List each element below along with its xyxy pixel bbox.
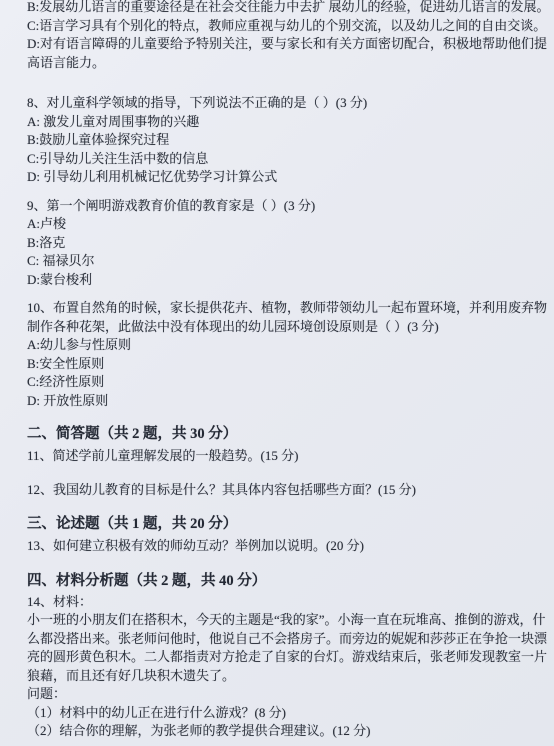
question-10-stem: 10、布置自然角的时候，家长提供花卉、植物，教师带领幼儿一起布置环境，并利用废弃… — [27, 299, 551, 336]
question-7-option-c: C:语言学习具有个别化的特点，教师应重视与幼儿的个别交流，以及幼儿之间的自由交谈… — [27, 17, 551, 36]
question-14-sub-question-1: （1）材料中的幼儿正在进行什么游戏？(8 分) — [27, 704, 551, 723]
question-14-questions-label: 问题： — [27, 685, 551, 704]
question-8-block: 8、对儿童科学领域的指导，下列说法不正确的是（ ）(3 分) A: 激发儿童对周… — [27, 94, 551, 187]
section-4-heading: 四、材料分析题（共 2 题，共 40 分） — [27, 571, 551, 591]
question-9-option-c: C: 福禄贝尔 — [27, 252, 551, 271]
question-14-material: 小一班的小朋友们在搭积木，今天的主题是“我的家”。小海一直在玩堆高、推倒的游戏，… — [27, 611, 551, 685]
question-12: 12、我国幼儿教育的目标是什么？其具体内容包括哪些方面？(15 分) — [27, 481, 551, 500]
question-10-block: 10、布置自然角的时候，家长提供花卉、植物，教师带领幼儿一起布置环境，并利用废弃… — [27, 299, 551, 410]
section-3-heading: 三、论述题（共 1 题，共 20 分） — [27, 514, 551, 534]
question-14-sub-question-2: （2）结合你的理解，为张老师的教学提供合理建议。(12 分) — [27, 722, 551, 741]
question-10-option-c: C:经济性原则 — [27, 373, 551, 392]
question-8-stem: 8、对儿童科学领域的指导，下列说法不正确的是（ ）(3 分) — [27, 94, 551, 113]
question-14-block: 14、材料： 小一班的小朋友们在搭积木，今天的主题是“我的家”。小海一直在玩堆高… — [27, 593, 551, 741]
question-7-option-d: D:对有语言障碍的儿童要给予特别关注，要与家长和有关方面密切配合，积极地帮助他们… — [27, 35, 551, 72]
question-8-option-c: C:引导幼儿关注生活中数的信息 — [27, 150, 551, 169]
question-9-block: 9、第一个阐明游戏教育价值的教育家是（ ）(3 分) A:卢梭 B:洛克 C: … — [27, 197, 551, 290]
question-8-option-a: A: 激发儿童对周围事物的兴趣 — [27, 113, 551, 132]
question-14-label: 14、材料： — [27, 593, 551, 612]
question-7-option-b: B:发展幼儿语言的重要途径是在社会交往能力中去扩 展幼儿的经验，促进幼儿语言的发… — [27, 0, 551, 17]
question-8-option-d: D: 引导幼儿利用机械记忆优势学习计算公式 — [27, 168, 551, 187]
section-2-heading: 二、简答题（共 2 题，共 30 分） — [27, 424, 551, 444]
question-9-stem: 9、第一个阐明游戏教育价值的教育家是（ ）(3 分) — [27, 197, 551, 216]
question-10-option-b: B:安全性原则 — [27, 355, 551, 374]
question-10-option-d: D: 开放性原则 — [27, 392, 551, 411]
question-9-option-b: B:洛克 — [27, 234, 551, 253]
question-13: 13、如何建立积极有效的师幼互动？举例加以说明。(20 分) — [27, 537, 551, 556]
question-11: 11、简述学前儿童理解发展的一般趋势。(15 分) — [27, 447, 551, 466]
question-10-option-a: A:幼儿参与性原则 — [27, 336, 551, 355]
question-8-option-b: B:鼓励儿童体验探究过程 — [27, 131, 551, 150]
question-9-option-a: A:卢梭 — [27, 215, 551, 234]
exam-paper-page: B:发展幼儿语言的重要途径是在社会交往能力中去扩 展幼儿的经验，促进幼儿语言的发… — [0, 0, 554, 744]
question-9-option-d: D:蒙台梭利 — [27, 271, 551, 290]
